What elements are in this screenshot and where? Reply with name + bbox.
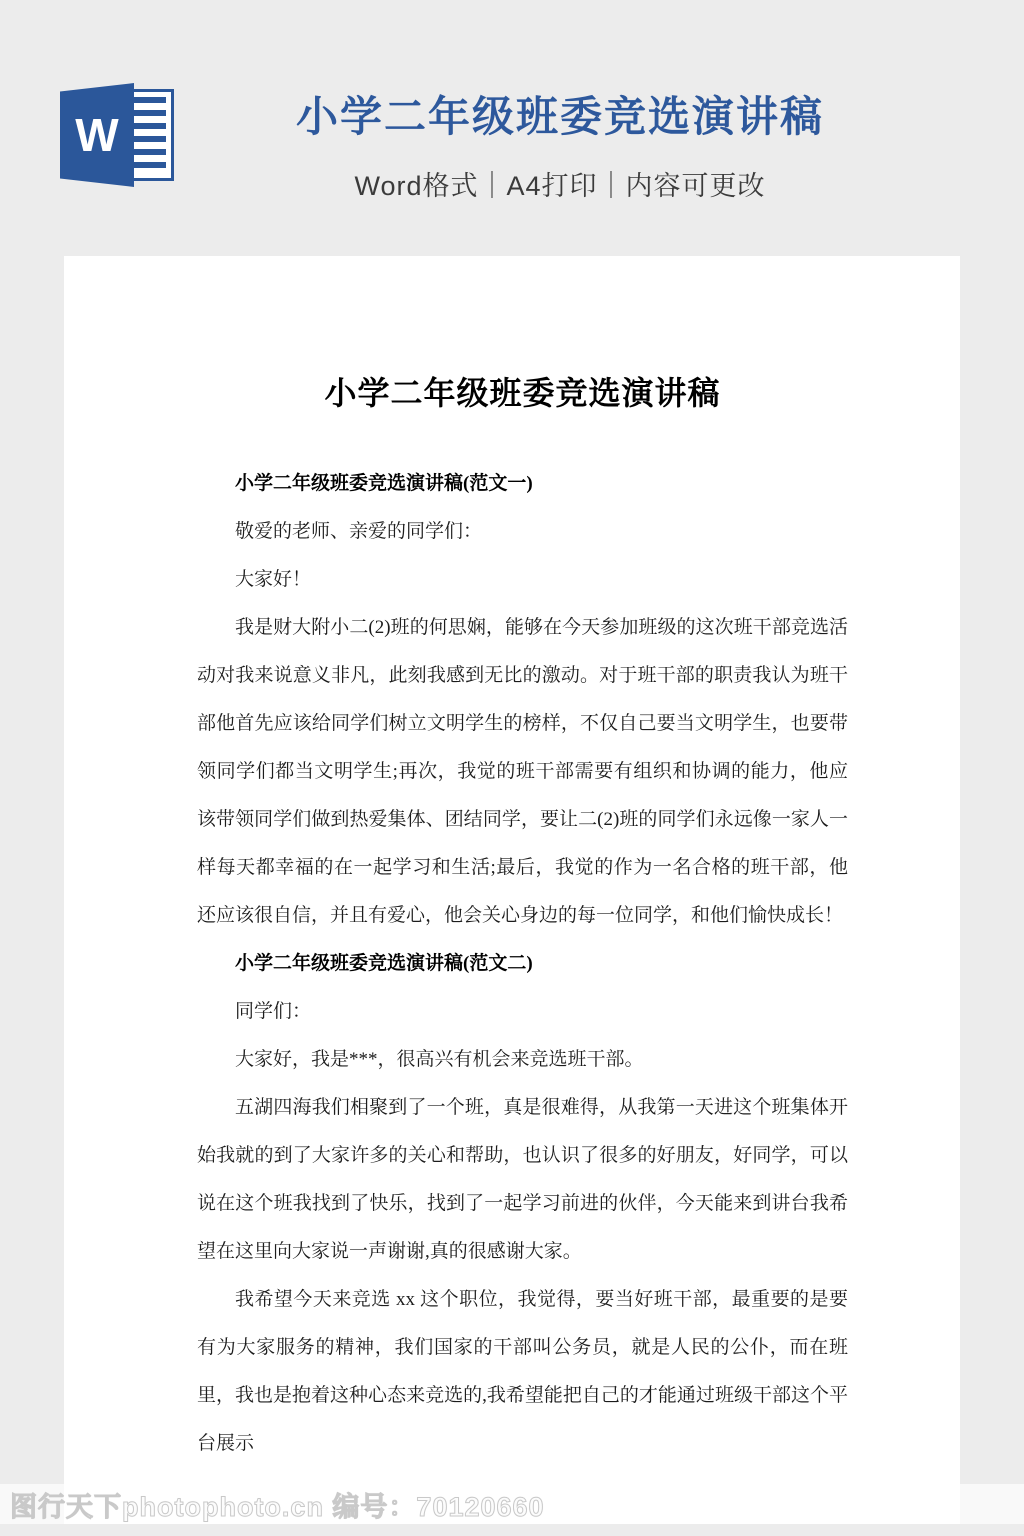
document-title: 小学二年级班委竞选演讲稿 <box>197 368 848 414</box>
paragraph: 我是财大附小二(2)班的何思娴，能够在今天参加班级的这次班干部竞选活动对我来说意… <box>197 604 848 940</box>
page-subtitle: Word格式｜A4打印｜内容可更改 <box>170 164 950 203</box>
header: 小学二年级班委竞选演讲稿 Word格式｜A4打印｜内容可更改 <box>170 94 950 203</box>
paragraph: 大家好！ <box>197 556 848 604</box>
word-icon-cover-letter: W <box>60 82 134 188</box>
watermark-text: 图行天下photophoto.cn 编号：70120660 <box>0 1485 545 1524</box>
paragraph: 同学们： <box>197 988 848 1036</box>
section-heading: 小学二年级班委竞选演讲稿(范文一) <box>197 460 848 508</box>
paragraph: 敬爱的老师、亲爱的同学们： <box>197 508 848 556</box>
page-title: 小学二年级班委竞选演讲稿 <box>170 94 950 140</box>
paragraph: 大家好，我是***，很高兴有机会来竞选班干部。 <box>197 1036 848 1084</box>
paragraph: 五湖四海我们相聚到了一个班，真是很难得，从我第一天进这个班集体开始我就的到了大家… <box>197 1084 848 1276</box>
word-logo-icon: W <box>60 82 176 188</box>
watermark-bar: 图行天下photophoto.cn 编号：70120660 <box>0 1484 1024 1524</box>
paragraph: 我希望今天来竞选 xx 这个职位，我觉得，要当好班干部，最重要的是要有为大家服务… <box>197 1276 848 1468</box>
section-heading: 小学二年级班委竞选演讲稿(范文二) <box>197 940 848 988</box>
document-body: 小学二年级班委竞选演讲稿 小学二年级班委竞选演讲稿(范文一) 敬爱的老师、亲爱的… <box>64 256 960 1468</box>
document-page: 小学二年级班委竞选演讲稿 小学二年级班委竞选演讲稿(范文一) 敬爱的老师、亲爱的… <box>64 256 960 1524</box>
template-preview-screen: W 小学二年级班委竞选演讲稿 Word格式｜A4打印｜内容可更改 小学二年级班委… <box>0 0 1024 1536</box>
